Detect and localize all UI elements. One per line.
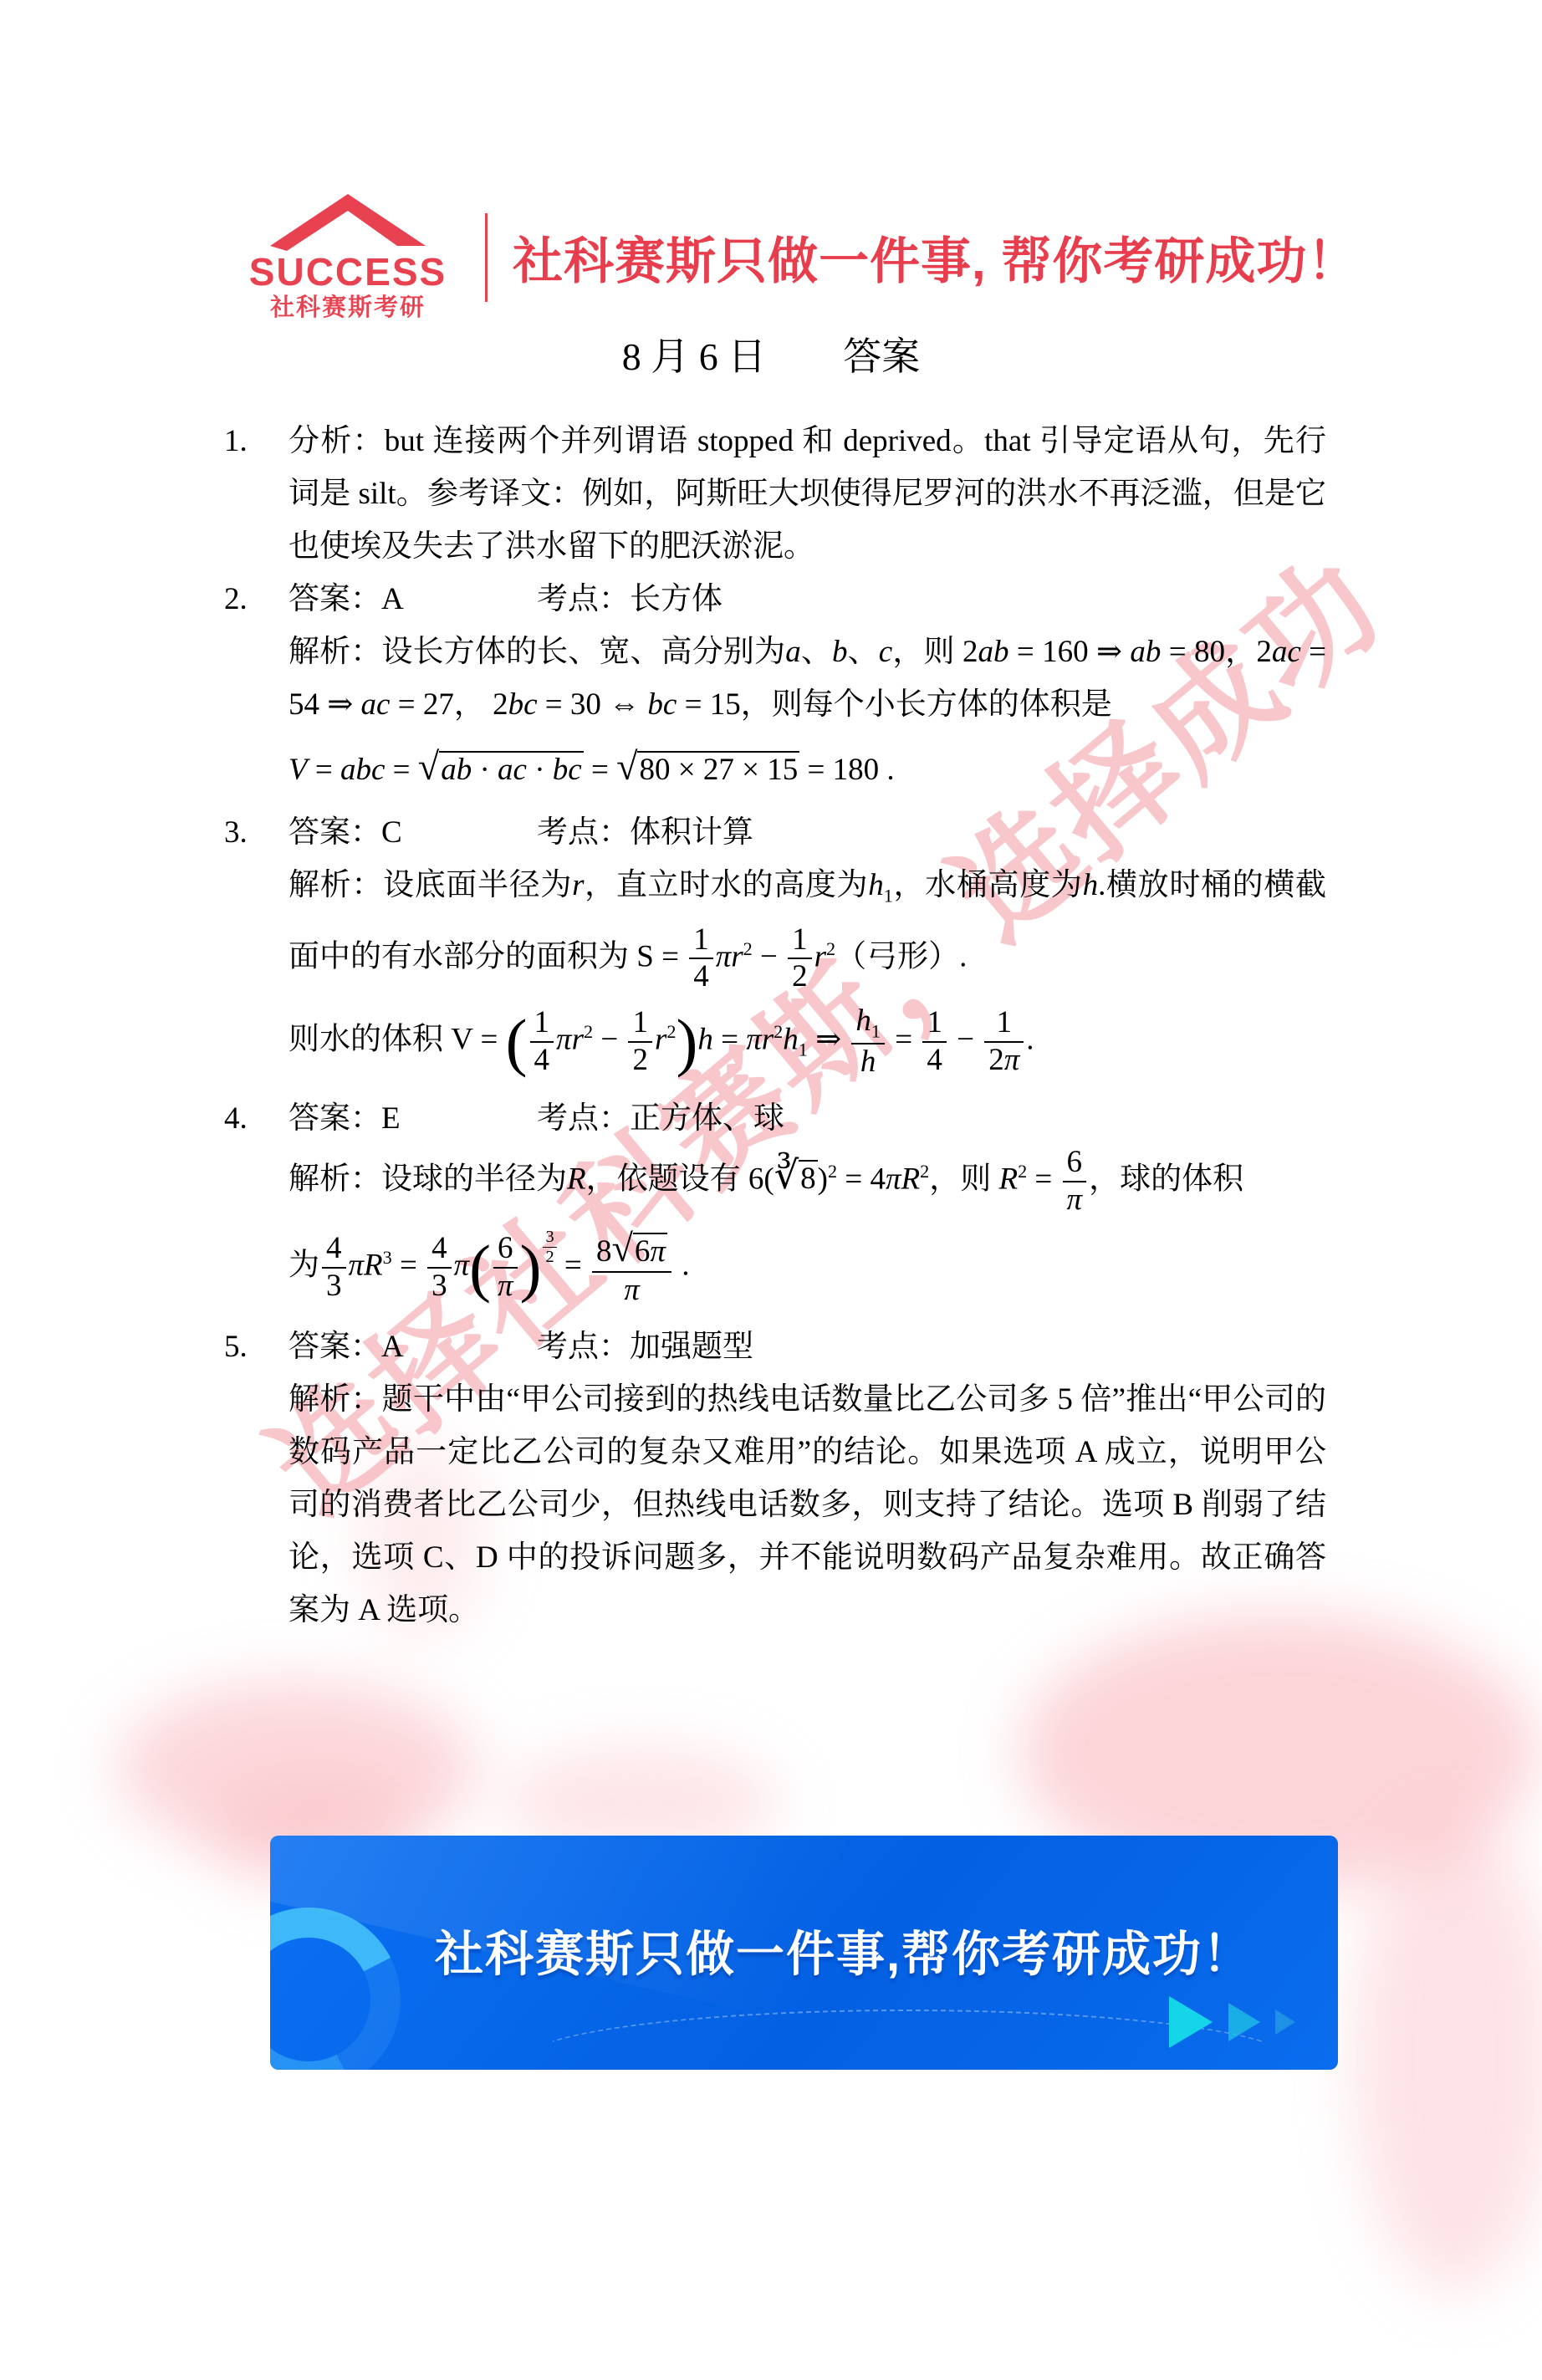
footer-banner: 社科赛斯只做一件事,帮你考研成功！ bbox=[270, 1836, 1338, 2070]
answer-line: 答案：A考点：长方体 bbox=[288, 573, 1326, 626]
answer-line: 答案：A考点：加强题型 bbox=[288, 1320, 1326, 1373]
answer-line: 答案：C考点：体积计算 bbox=[288, 806, 1326, 859]
item-body: 答案：A考点：加强题型解析：题干中由“甲公司接到的热线电话数量比乙公司多 5 倍… bbox=[288, 1320, 1326, 1637]
topic-label: 考点：加强题型 bbox=[537, 1330, 753, 1364]
banner-arrows bbox=[1167, 1994, 1296, 2050]
item-paragraph: 解析：设球的半径为R，依题设有 6(∛8)2 = 4πR2，则 R2 = 6π，… bbox=[288, 1145, 1326, 1217]
page-header: SUCCESS 社科赛斯考研 社科赛斯只做一件事, 帮你考研成功！ bbox=[222, 194, 1358, 320]
list-item: 4.答案：E考点：正方体、球解析：设球的半径为R，依题设有 6(∛8)2 = 4… bbox=[224, 1092, 1326, 1320]
item-body: 答案：C考点：体积计算解析：设底面半径为r，直立时水的高度为h1，水桶高度为h.… bbox=[288, 806, 1326, 1092]
play-arrow-icon bbox=[1274, 2009, 1296, 2035]
item-paragraph: 分析：but 连接两个并列谓语 stopped 和 deprived。that … bbox=[288, 415, 1326, 573]
play-arrow-icon bbox=[1167, 1994, 1214, 2050]
formula-line: 为43πR3 = 43π(6π)32 = 8√6ππ . bbox=[288, 1228, 1326, 1307]
topic-label: 考点：长方体 bbox=[537, 582, 722, 616]
success-logo: SUCCESS 社科赛斯考研 bbox=[222, 194, 473, 320]
item-number: 1. bbox=[224, 415, 288, 573]
item-body: 答案：E考点：正方体、球解析：设球的半径为R，依题设有 6(∛8)2 = 4πR… bbox=[288, 1092, 1326, 1320]
item-number: 4. bbox=[224, 1092, 288, 1320]
header-divider bbox=[485, 213, 488, 302]
document-page: 选择社科赛斯，选择成功 SUCCESS 社科赛斯考研 社科赛斯只做一件事, 帮你… bbox=[0, 0, 1542, 2380]
item-body: 分析：but 连接两个并列谓语 stopped 和 deprived。that … bbox=[288, 415, 1326, 573]
item-paragraph: 解析：题干中由“甲公司接到的热线电话数量比乙公司多 5 倍”推出“甲公司的数码产… bbox=[288, 1373, 1326, 1637]
list-item: 2.答案：A考点：长方体解析：设长方体的长、宽、高分别为a、b、c，则 2ab … bbox=[224, 573, 1326, 806]
item-number: 3. bbox=[224, 806, 288, 1092]
play-arrow-icon bbox=[1228, 2002, 1261, 2042]
pink-splotch bbox=[1355, 1823, 1542, 2291]
item-paragraph: 解析：设长方体的长、宽、高分别为a、b、c，则 2ab = 160 ⇒ ab =… bbox=[288, 626, 1326, 731]
list-item: 3.答案：C考点：体积计算解析：设底面半径为r，直立时水的高度为h1，水桶高度为… bbox=[224, 806, 1326, 1092]
formula-line: V = abc = √ab · ac · bc = √80 × 27 × 15 … bbox=[288, 743, 1326, 793]
page-title: 8 月 6 日答案 bbox=[0, 326, 1542, 381]
answer-label: 答案：E bbox=[288, 1092, 537, 1145]
answer-label: 答案：A bbox=[288, 573, 537, 626]
item-number: 5. bbox=[224, 1320, 288, 1637]
item-paragraph: 解析：设底面半径为r，直立时水的高度为h1，水桶高度为h.横放时桶的横截面中的有… bbox=[288, 859, 1326, 993]
formula-line: 则水的体积 V = (14πr2 − 12r2)h = πr2h1 ⇒ h1h … bbox=[288, 1005, 1326, 1079]
logo-title: SUCCESS bbox=[249, 253, 447, 291]
banner-slogan: 社科赛斯只做一件事,帮你考研成功！ bbox=[270, 1915, 1338, 1985]
logo-subtitle: 社科赛斯考研 bbox=[270, 296, 426, 320]
logo-roof-icon bbox=[270, 194, 426, 251]
list-item: 1.分析：but 连接两个并列谓语 stopped 和 deprived。tha… bbox=[224, 415, 1326, 573]
item-body: 答案：A考点：长方体解析：设长方体的长、宽、高分别为a、b、c，则 2ab = … bbox=[288, 573, 1326, 806]
item-number: 2. bbox=[224, 573, 288, 806]
topic-label: 考点：体积计算 bbox=[537, 815, 753, 850]
title-label: 答案 bbox=[843, 335, 920, 378]
topic-label: 考点：正方体、球 bbox=[537, 1101, 784, 1136]
answer-list: 1.分析：but 连接两个并列谓语 stopped 和 deprived。tha… bbox=[224, 415, 1326, 1637]
title-date: 8 月 6 日 bbox=[622, 335, 767, 378]
list-item: 5.答案：A考点：加强题型解析：题干中由“甲公司接到的热线电话数量比乙公司多 5… bbox=[224, 1320, 1326, 1637]
pink-splotch bbox=[117, 1681, 477, 1857]
answer-label: 答案：C bbox=[288, 806, 537, 859]
answer-line: 答案：E考点：正方体、球 bbox=[288, 1092, 1326, 1145]
header-slogan: 社科赛斯只做一件事, 帮你考研成功！ bbox=[513, 222, 1358, 294]
answer-label: 答案：A bbox=[288, 1320, 537, 1373]
